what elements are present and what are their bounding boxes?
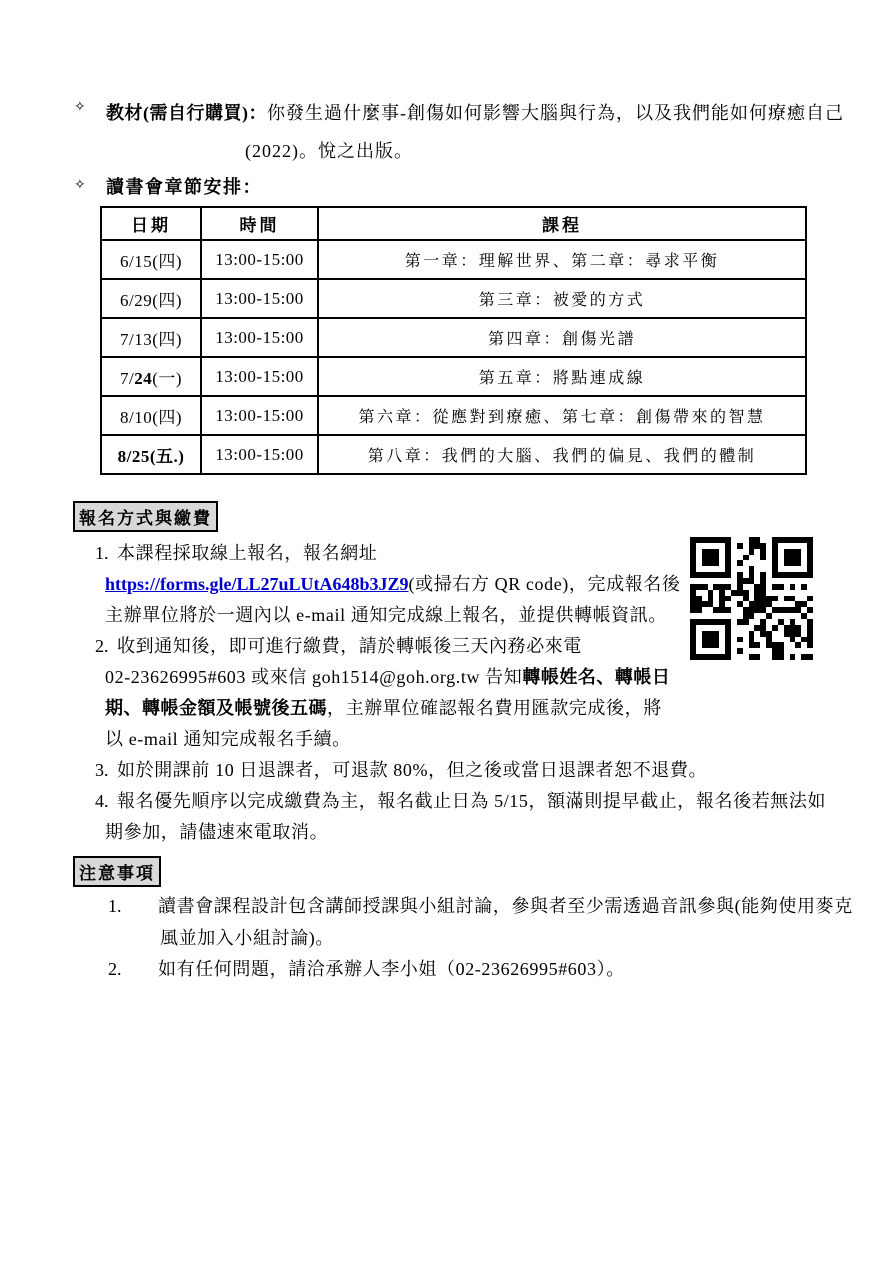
text-segment: 8/25(五.) [118, 447, 185, 466]
list-line: 期、轉帳金額及帳號後五碼，主辦單位確認報名費用匯款完成後，將 [95, 693, 840, 724]
column-header-1: 時間 [201, 207, 318, 240]
time-cell: 13:00-15:00 [201, 396, 318, 435]
course-cell: 第六章：從應對到療癒、第七章：創傷帶來的智慧 [318, 396, 806, 435]
date-cell: 6/15(四) [101, 240, 201, 279]
list-number: 4. [95, 786, 117, 817]
text-segment: 風並加入小組討論)。 [160, 928, 334, 948]
table-row: 8/25(五.)13:00-15:00第八章：我們的大腦、我們的偏見、我們的體制 [101, 435, 806, 474]
list-line: 以 e-mail 通知完成報名手續。 [95, 724, 840, 755]
time-cell: 13:00-15:00 [201, 240, 318, 279]
book-publication: (2022)。悅之出版。 [106, 132, 848, 170]
list-line: 4.報名優先順序以完成繳費為主，報名截止日為 5/15，額滿則提早截止，報名後若… [95, 786, 840, 817]
text-segment: 8/10(四) [120, 408, 182, 427]
registration-link[interactable]: https://forms.gle/LL27uLUtA648b3JZ9 [105, 574, 409, 594]
text-segment: 讀書會課程設計包含講師授課與小組討論，參與者至少需透過音訊參與(能夠使用麥克 [158, 896, 853, 916]
time-cell: 13:00-15:00 [201, 318, 318, 357]
list-item: 4.報名優先順序以完成繳費為主，報名截止日為 5/15，額滿則提早截止，報名後若… [95, 786, 840, 848]
document-page: ✧ 教材(需自行購買)：你發生過什麼事-創傷如何影響大腦與行為，以及我們能如何療… [0, 0, 893, 1263]
date-cell: 8/10(四) [101, 396, 201, 435]
text-segment: 6/29(四) [120, 291, 182, 310]
table-row: 7/13(四)13:00-15:00第四章：創傷光譜 [101, 318, 806, 357]
text-segment: 24 [134, 369, 152, 388]
column-header-2: 課程 [318, 207, 806, 240]
list-line: 3.如於開課前 10 日退課者，可退款 80%，但之後或當日退課者恕不退費。 [95, 755, 840, 786]
text-segment: 報名優先順序以完成繳費為主，報名截止日為 5/15，額滿則提早截止，報名後若無法… [117, 791, 826, 811]
list-line: 2.如有任何問題，請洽承辦人李小姐（02-23626995#603）。 [108, 954, 853, 986]
table-header-row: 日期時間課程 [101, 207, 806, 240]
table-row: 6/29(四)13:00-15:00第三章：被愛的方式 [101, 279, 806, 318]
list-number: 1. [95, 538, 117, 569]
course-cell: 第八章：我們的大腦、我們的偏見、我們的體制 [318, 435, 806, 474]
text-segment: 期參加，請儘速來電取消。 [105, 822, 328, 842]
list-item: 2.如有任何問題，請洽承辦人李小姐（02-23626995#603）。 [108, 954, 853, 986]
course-cell: 第四章：創傷光譜 [318, 318, 806, 357]
schedule-section: ✧ 讀書會章節安排： [74, 172, 893, 202]
list-number: 2. [108, 954, 158, 986]
text-segment: 收到通知後，即可進行繳費，請於轉帳後三天內務必來電 [117, 636, 582, 656]
text-segment: 02-23626995#603 或來信 goh1514@goh.org.tw 告… [105, 667, 522, 687]
table-row: 6/15(四)13:00-15:00第一章：理解世界、第二章：尋求平衡 [101, 240, 806, 279]
course-cell: 第五章：將點連成線 [318, 357, 806, 396]
text-segment: 7/ [120, 369, 134, 388]
text-segment: 以 e-mail 通知完成報名手續。 [105, 729, 351, 749]
diamond-bullet-icon: ✧ [74, 172, 106, 202]
text-segment: 期、轉帳金額及帳號後五碼 [105, 698, 327, 718]
text-segment: 如於開課前 10 日退課者，可退款 80%，但之後或當日退課者恕不退費。 [117, 760, 707, 780]
qr-code [690, 537, 813, 660]
registration-section-header: 報名方式與繳費 [73, 501, 218, 532]
text-segment: 主辦單位將於一週內以 e-mail 通知完成線上報名，並提供轉帳資訊。 [105, 605, 667, 625]
list-number: 1. [108, 891, 158, 923]
list-item: 1.讀書會課程設計包含講師授課與小組討論，參與者至少需透過音訊參與(能夠使用麥克… [108, 891, 853, 954]
text-segment: 轉帳姓名、轉帳日 [522, 667, 670, 687]
table-row: 7/24(一)13:00-15:00第五章：將點連成線 [101, 357, 806, 396]
materials-line: 教材(需自行購買)：你發生過什麼事-創傷如何影響大腦與行為，以及我們能如何療癒自… [106, 94, 848, 132]
text-segment: (或掃右方 QR code)，完成報名後 [409, 574, 681, 594]
notes-list: 1.讀書會課程設計包含講師授課與小組討論，參與者至少需透過音訊參與(能夠使用麥克… [108, 891, 853, 986]
course-cell: 第一章：理解世界、第二章：尋求平衡 [318, 240, 806, 279]
materials-section: ✧ 教材(需自行購買)：你發生過什麼事-創傷如何影響大腦與行為，以及我們能如何療… [74, 0, 893, 170]
materials-label: 教材(需自行購買)： [106, 103, 267, 123]
date-cell: 8/25(五.) [101, 435, 201, 474]
date-cell: 6/29(四) [101, 279, 201, 318]
course-cell: 第三章：被愛的方式 [318, 279, 806, 318]
date-cell: 7/13(四) [101, 318, 201, 357]
column-header-0: 日期 [101, 207, 201, 240]
diamond-bullet-icon: ✧ [74, 94, 106, 170]
book-title: 你發生過什麼事-創傷如何影響大腦與行為，以及我們能如何療癒自己 [267, 103, 844, 123]
qr-module [807, 654, 813, 660]
text-segment: 本課程採取線上報名，報名網址 [117, 543, 377, 563]
notes-section-header: 注意事項 [73, 856, 161, 887]
list-item: 3.如於開課前 10 日退課者，可退款 80%，但之後或當日退課者恕不退費。 [95, 755, 840, 786]
time-cell: 13:00-15:00 [201, 435, 318, 474]
text-segment: 6/15(四) [120, 252, 182, 271]
text-segment: ，主辦單位確認報名費用匯款完成後，將 [327, 698, 662, 718]
text-segment: (一) [152, 369, 182, 388]
time-cell: 13:00-15:00 [201, 279, 318, 318]
date-cell: 7/24(一) [101, 357, 201, 396]
list-line: 風並加入小組討論)。 [108, 923, 853, 955]
list-line: 02-23626995#603 或來信 goh1514@goh.org.tw 告… [95, 662, 840, 693]
schedule-label: 讀書會章節安排： [106, 172, 262, 202]
list-number: 2. [95, 631, 117, 662]
list-number: 3. [95, 755, 117, 786]
table-row: 8/10(四)13:00-15:00第六章：從應對到療癒、第七章：創傷帶來的智慧 [101, 396, 806, 435]
text-segment: 7/13(四) [120, 330, 182, 349]
schedule-table: 日期時間課程 6/15(四)13:00-15:00第一章：理解世界、第二章：尋求… [100, 206, 807, 475]
list-line: 期參加，請儘速來電取消。 [95, 817, 840, 848]
text-segment: 如有任何問題，請洽承辦人李小姐（02-23626995#603）。 [158, 959, 625, 979]
time-cell: 13:00-15:00 [201, 357, 318, 396]
list-line: 1.讀書會課程設計包含講師授課與小組討論，參與者至少需透過音訊參與(能夠使用麥克 [108, 891, 853, 923]
